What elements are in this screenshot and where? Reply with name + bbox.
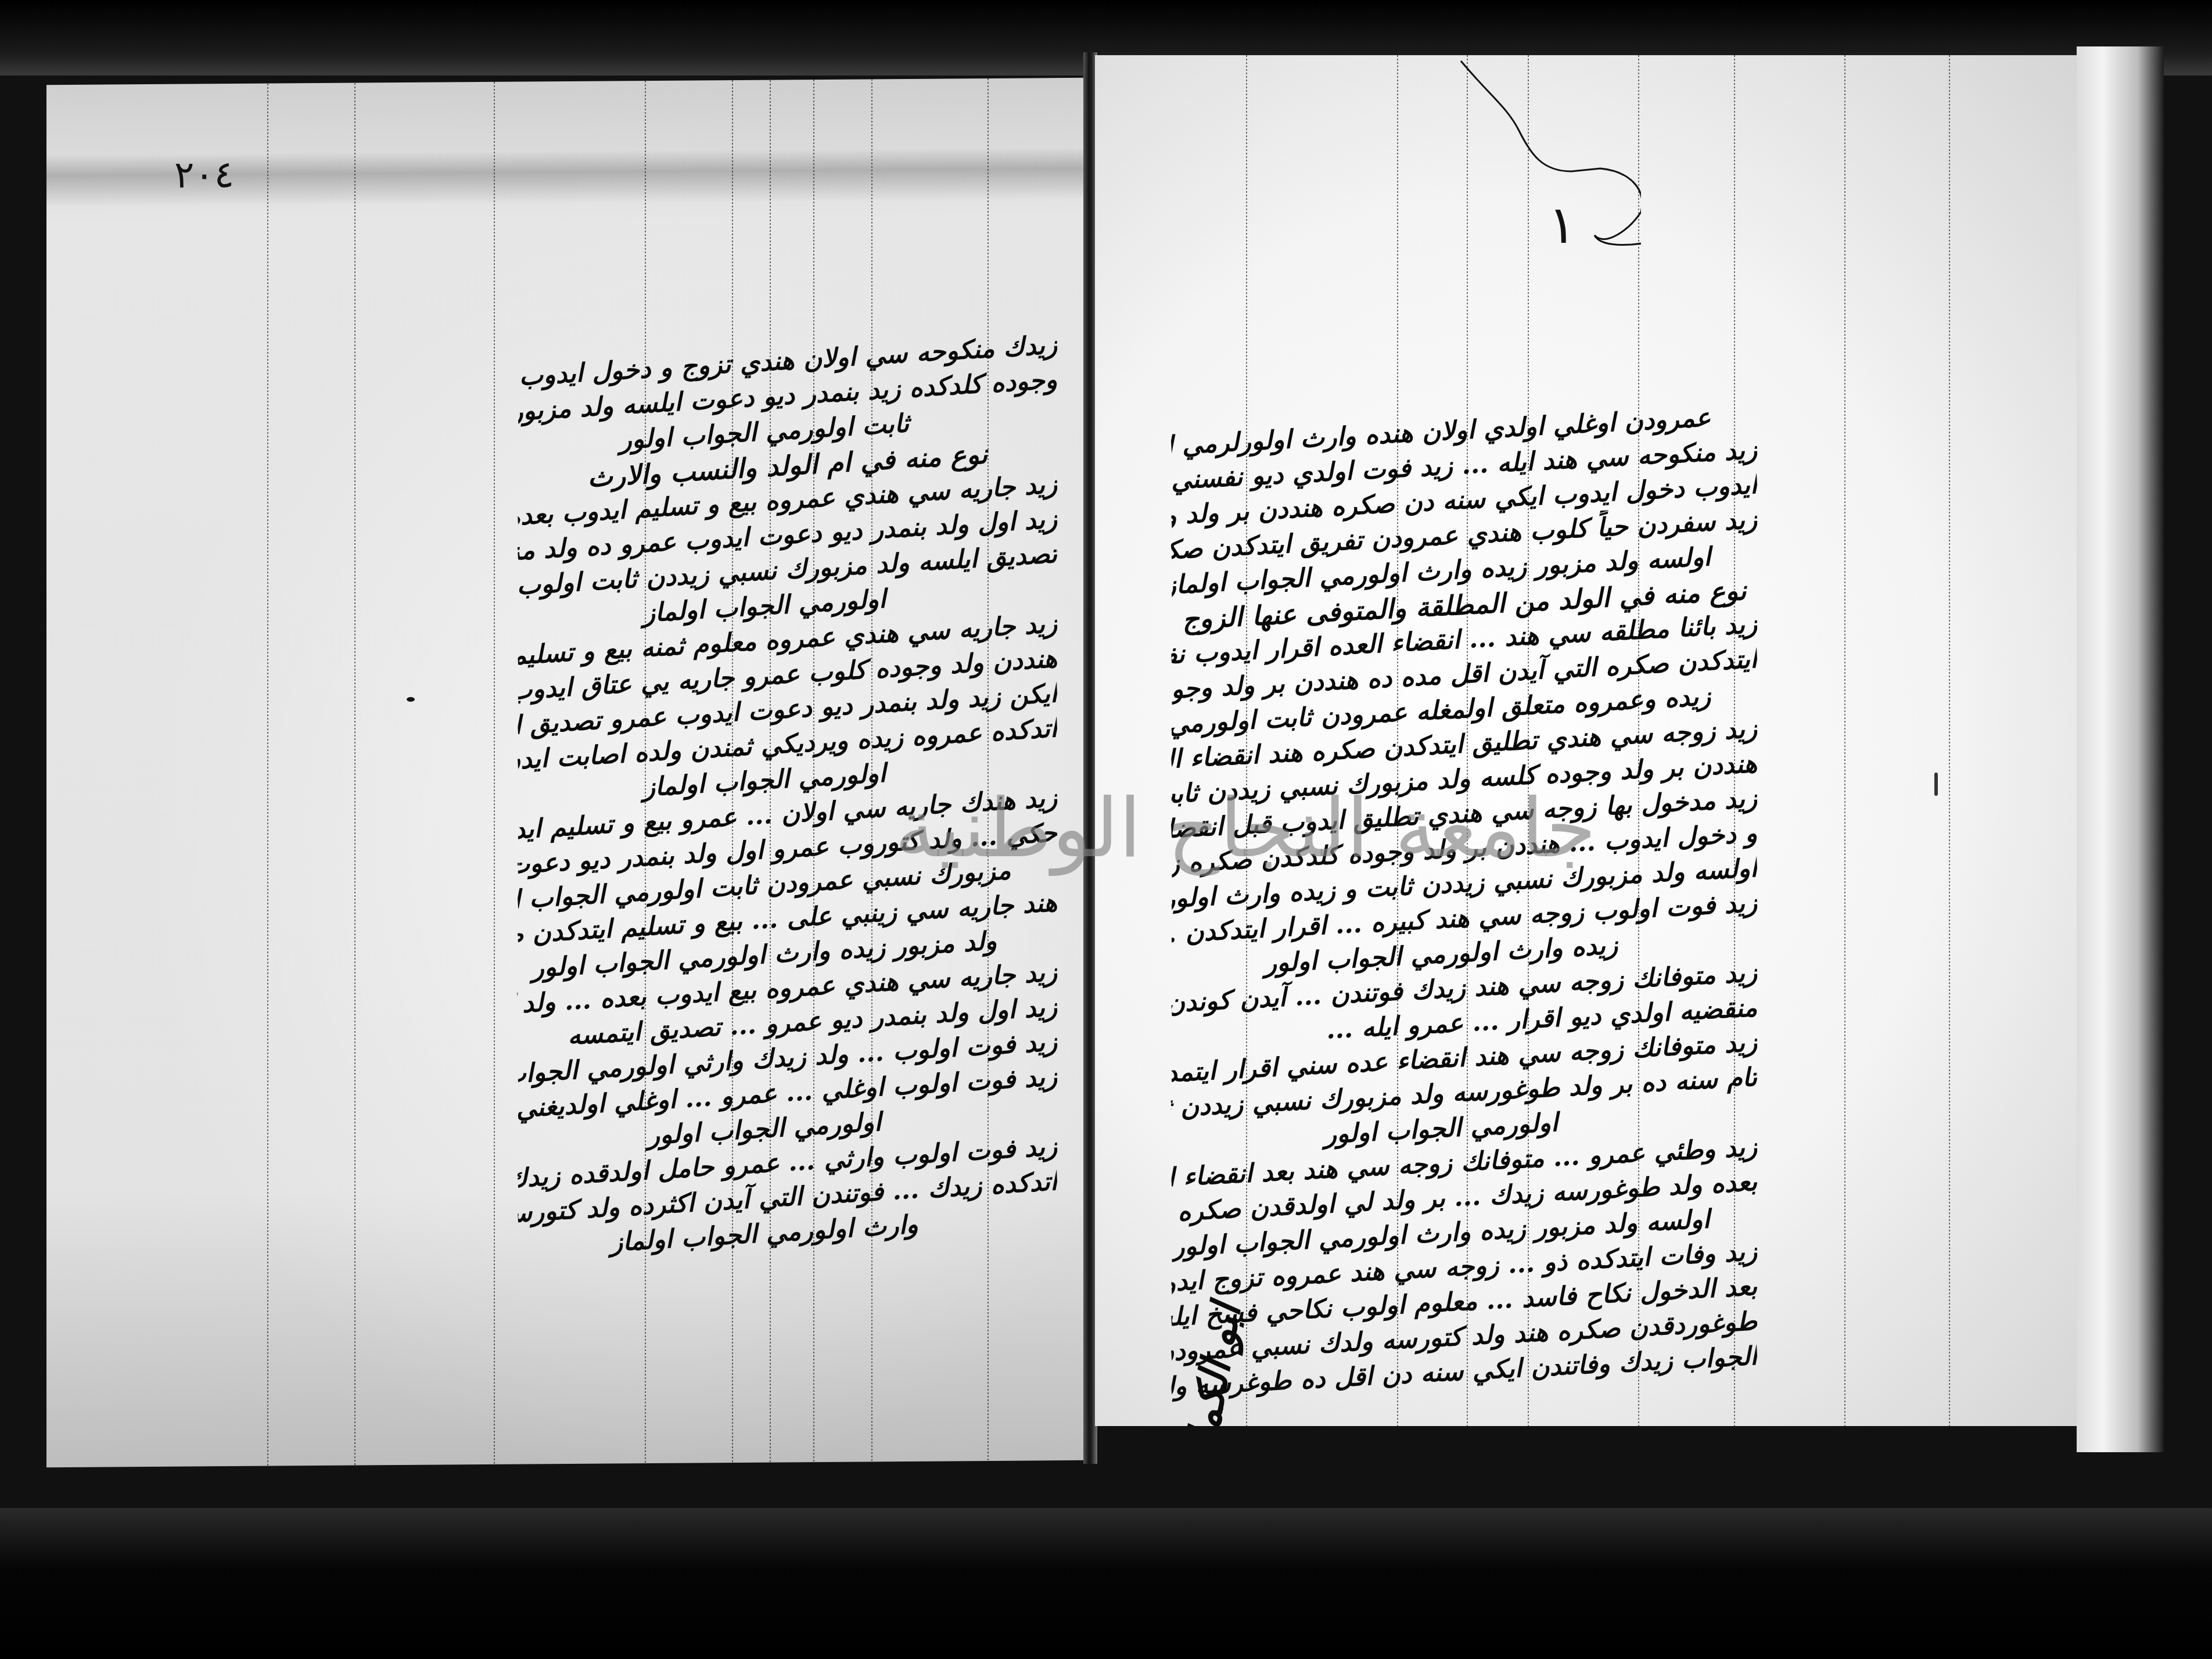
ruling-line: [354, 83, 355, 1466]
ruling-line: [1844, 55, 1845, 1426]
ink-speck: [407, 697, 415, 702]
scanned-manuscript: ٢٠٤ زيدك منكوحه سي اولان هندي تزوج و دخو…: [0, 0, 2212, 1659]
page-edge: [2077, 46, 2164, 1452]
ruling-line: [267, 84, 268, 1466]
left-page: ٢٠٤ زيدك منكوحه سي اولان هندي تزوج و دخو…: [46, 78, 1086, 1467]
right-page: ١ عمرودن اوغلي اولدي اولان هنده وارث اول…: [1095, 55, 2077, 1426]
ruling-line: [494, 82, 495, 1464]
watermark: جامعة النجاح الوطنية: [895, 781, 1596, 876]
folio-number: ١: [1548, 195, 1576, 256]
ink-speck: [1934, 773, 1938, 796]
scan-frame-bottom: [0, 1508, 2212, 1659]
right-page-text: عمرودن اوغلي اولدي اولان هنده وارث اولور…: [1170, 398, 1757, 1374]
page-number: ٢٠٤: [174, 153, 234, 197]
ruling-line: [1949, 55, 1950, 1426]
